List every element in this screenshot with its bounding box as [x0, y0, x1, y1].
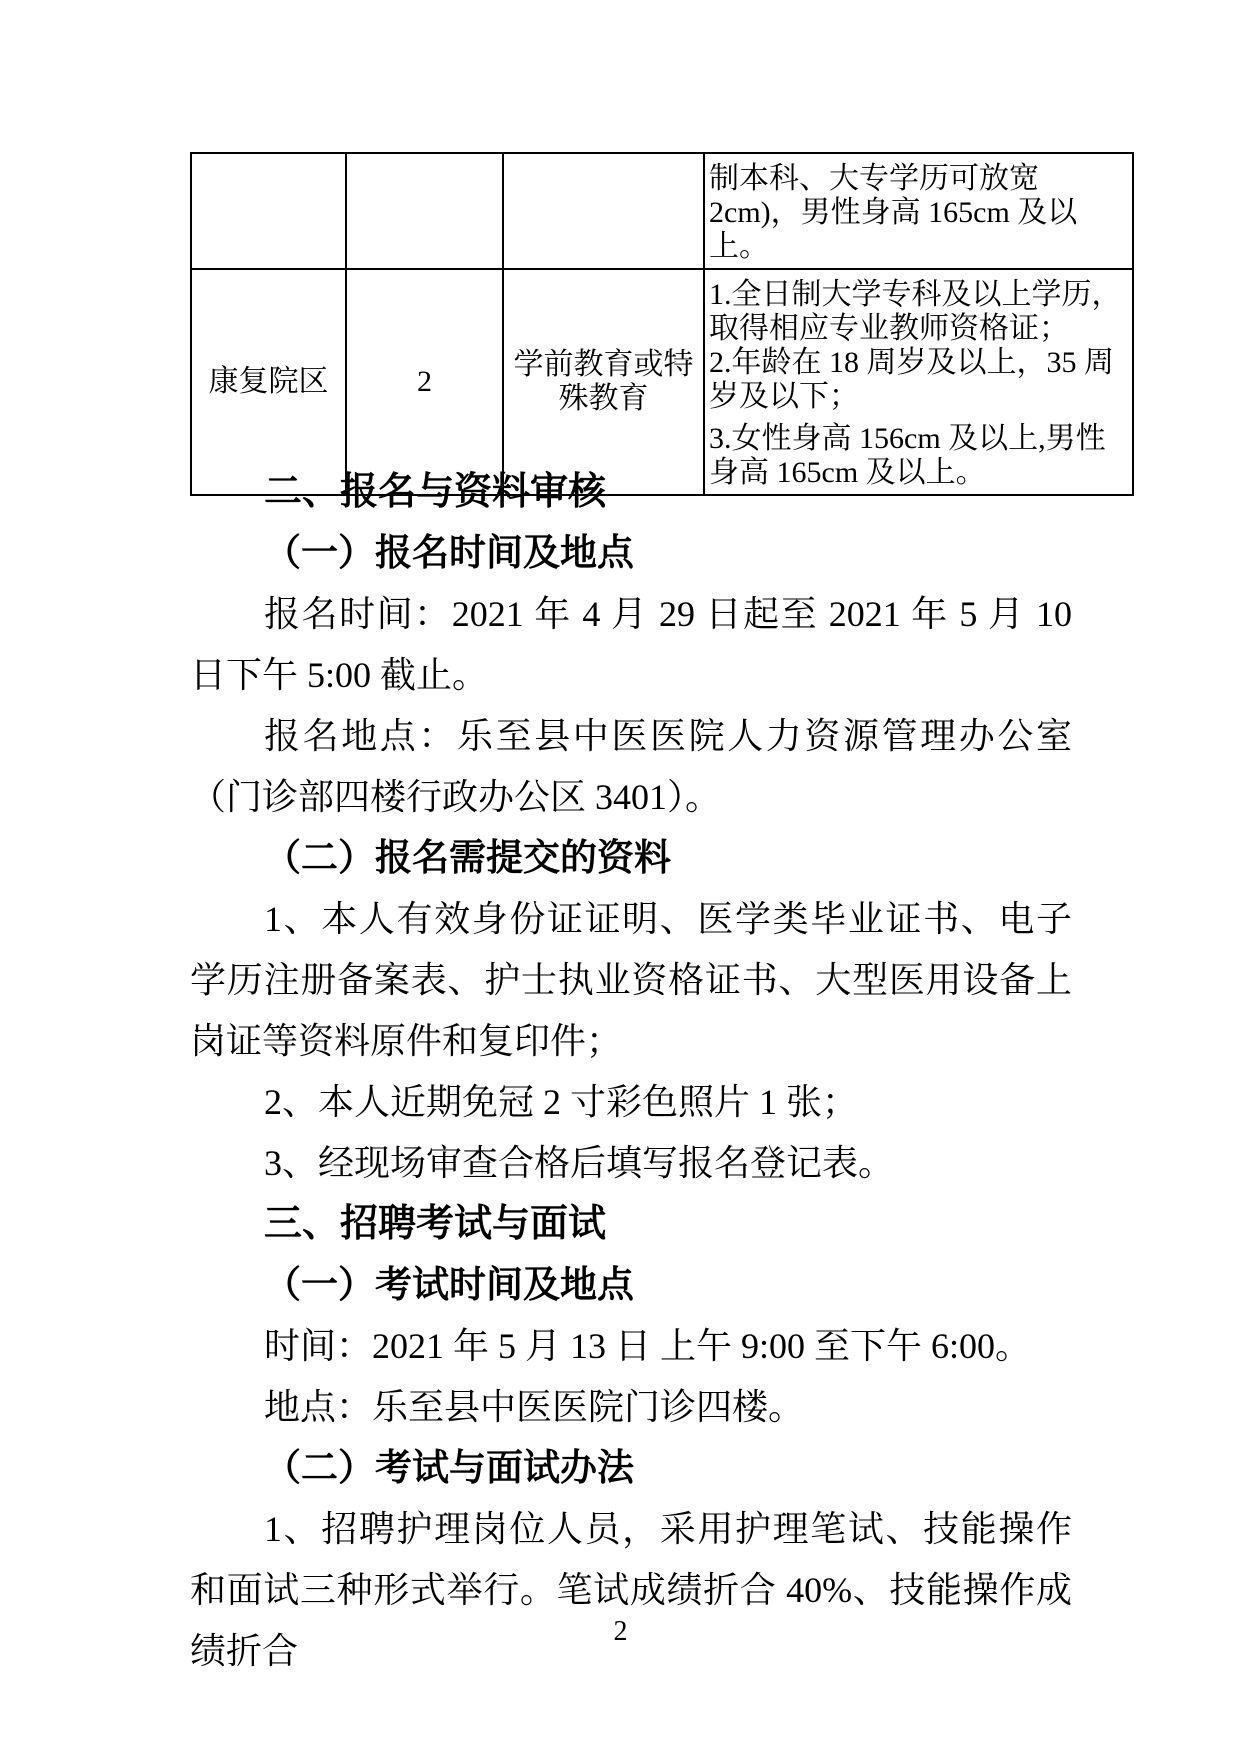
table-row: 制本科、大专学历可放宽 2cm)，男性身高 165cm 及以上。	[191, 153, 1133, 269]
section-heading-exam: 三、招聘考试与面试	[190, 1194, 1072, 1255]
paragraph-exam-place: 地点：乐至县中医医院门诊四楼。	[190, 1377, 1072, 1438]
paragraph-exam-time: 时间：2021 年 5 月 13 日 上午 9:00 至下午 6:00。	[190, 1316, 1072, 1377]
subheading-registration-time-place: （一）报名时间及地点	[190, 523, 1072, 584]
position-requirements-table: 制本科、大专学历可放宽 2cm)，男性身高 165cm 及以上。 康复院区 2 …	[190, 152, 1134, 496]
document-body: 二、报名与资料审核 （一）报名时间及地点 报名时间：2021 年 4 月 29 …	[190, 462, 1072, 1682]
requirement-line: 2.年龄在 18 周岁及以上，35 周岁及以下；	[709, 346, 1130, 414]
requirements-cell: 制本科、大专学历可放宽 2cm)，男性身高 165cm 及以上。	[704, 153, 1133, 269]
paragraph-material-1: 1、本人有效身份证证明、医学类毕业证书、电子学历注册备案表、护士执业资格证书、大…	[190, 889, 1072, 1072]
paragraph-registration-place: 报名地点：乐至县中医医院人力资源管理办公室（门诊部四楼行政办公区 3401）。	[190, 706, 1072, 828]
requirement-line: 制本科、大专学历可放宽 2cm)，男性身高 165cm 及以上。	[709, 162, 1130, 264]
paragraph-material-3: 3、经现场审查合格后填写报名登记表。	[190, 1133, 1072, 1194]
campus-cell	[191, 153, 346, 269]
page-number: 2	[0, 1612, 1241, 1652]
requirement-line: 1.全日制大学专科及以上学历，取得相应专业教师资格证；	[709, 278, 1130, 346]
count-cell	[346, 153, 503, 269]
section-heading-registration: 二、报名与资料审核	[190, 462, 1072, 523]
major-cell	[503, 153, 704, 269]
subheading-exam-method: （二）考试与面试办法	[190, 1438, 1072, 1499]
paragraph-registration-time: 报名时间：2021 年 4 月 29 日起至 2021 年 5 月 10 日下午…	[190, 584, 1072, 706]
document-page: 制本科、大专学历可放宽 2cm)，男性身高 165cm 及以上。 康复院区 2 …	[0, 0, 1241, 1754]
paragraph-material-2: 2、本人近期免冠 2 寸彩色照片 1 张；	[190, 1072, 1072, 1133]
subheading-registration-materials: （二）报名需提交的资料	[190, 828, 1072, 889]
subheading-exam-time-place: （一）考试时间及地点	[190, 1255, 1072, 1316]
paragraph-exam-method: 1、招聘护理岗位人员，采用护理笔试、技能操作和面试三种形式举行。笔试成绩折合 4…	[190, 1499, 1072, 1682]
